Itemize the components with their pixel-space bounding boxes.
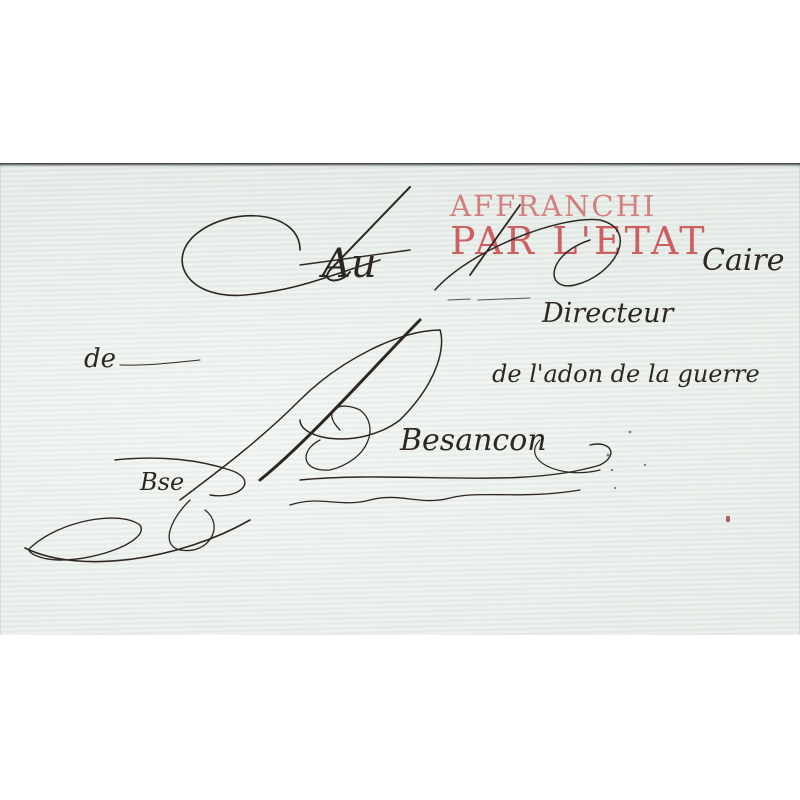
handwriting-flourishes bbox=[0, 0, 800, 800]
photo-stage: AFFRANCHI PAR L'ETAT bbox=[0, 0, 800, 800]
red-ink-speck bbox=[726, 516, 730, 522]
address-salutation: Au bbox=[322, 244, 377, 284]
address-preposition: de bbox=[84, 346, 116, 372]
address-title-line3: de l'adon de la guerre bbox=[492, 362, 760, 386]
signature-initials: Bse bbox=[140, 470, 184, 494]
address-title-line1: Caire bbox=[702, 246, 785, 276]
address-title-line2: Directeur bbox=[542, 300, 673, 327]
address-city: Besancon bbox=[400, 426, 547, 456]
